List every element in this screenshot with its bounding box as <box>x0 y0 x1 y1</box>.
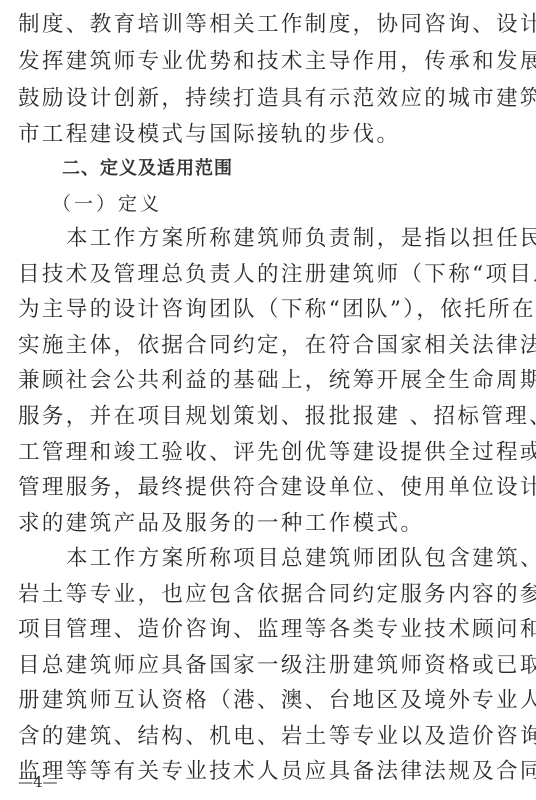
text-line: 管理服务，最终提供符合建设单位、使用单位设计意图和使用要 <box>18 475 520 501</box>
text-line: 岩土等专业，也应包含依据合同约定服务内容的参与工程建设的 <box>18 582 520 608</box>
text-line: 制度、教育培训等相关工作制度，协同咨询、设计、施工和运维， <box>18 12 520 38</box>
text-line: 求的建筑产品及服务的一种工作模式。 <box>18 511 520 537</box>
text-line: 兼顾社会公共利益的基础上，统筹开展全生命周期设计咨询管理 <box>18 368 520 394</box>
document-page: 制度、教育培训等相关工作制度，协同咨询、设计、施工和运维， 发挥建筑师专业优势和… <box>0 0 536 800</box>
text-line: 目总建筑师应具备国家一级注册建筑师资格或已取得国内一级注 <box>18 653 520 679</box>
text-line: 服务，并在项目规划策划、报批报建 、招标管理、采购管理、施 <box>18 404 520 430</box>
text-line: 本工作方案所称项目总建筑师团队包含建筑、结构、机电、 <box>66 546 520 572</box>
text-line: 鼓励设计创新，持续打造具有示范效应的城市建筑精品，加快我 <box>18 86 520 112</box>
text-line: 本工作方案所称建筑师负责制，是指以担任民用建筑工程项 <box>66 226 520 252</box>
text-line: 项目管理、造价咨询、监理等各类专业技术顾问和咨询机构。项 <box>18 617 520 643</box>
text-line: 工管理和竣工验收、评先创优等建设提供全过程或分阶段的技术 <box>18 440 520 466</box>
text-line: 监理等等有关专业技术人员应具备法律法规及合同服务内容要求 <box>18 759 520 785</box>
text-line: 实施主体，依据合同约定，在符合国家相关法律法规的前提下、 <box>18 333 520 359</box>
text-line: 市工程建设模式与国际接轨的步伐。 <box>18 122 520 148</box>
text-line: 册建筑师互认资格（港、澳、台地区及境外专业人士）；团队包 <box>18 688 520 714</box>
text-line: 目技术及管理总负责人的注册建筑师（下称“项目总建筑师”） <box>18 262 520 288</box>
text-line: 为主导的设计咨询团队（下称“团队”），依托所在设计单位为 <box>18 297 520 323</box>
section-heading: 二、定义及适用范围 <box>62 156 233 182</box>
text-line: 发挥建筑师专业优势和技术主导作用，传承和发展优秀建筑文化， <box>18 49 520 75</box>
text-line: 含的建筑、结构、机电、岩土等专业以及造价咨询、项目管理、 <box>18 724 520 750</box>
page-number: —4— <box>18 770 58 794</box>
subsection-heading: （一）定义 <box>52 191 162 217</box>
